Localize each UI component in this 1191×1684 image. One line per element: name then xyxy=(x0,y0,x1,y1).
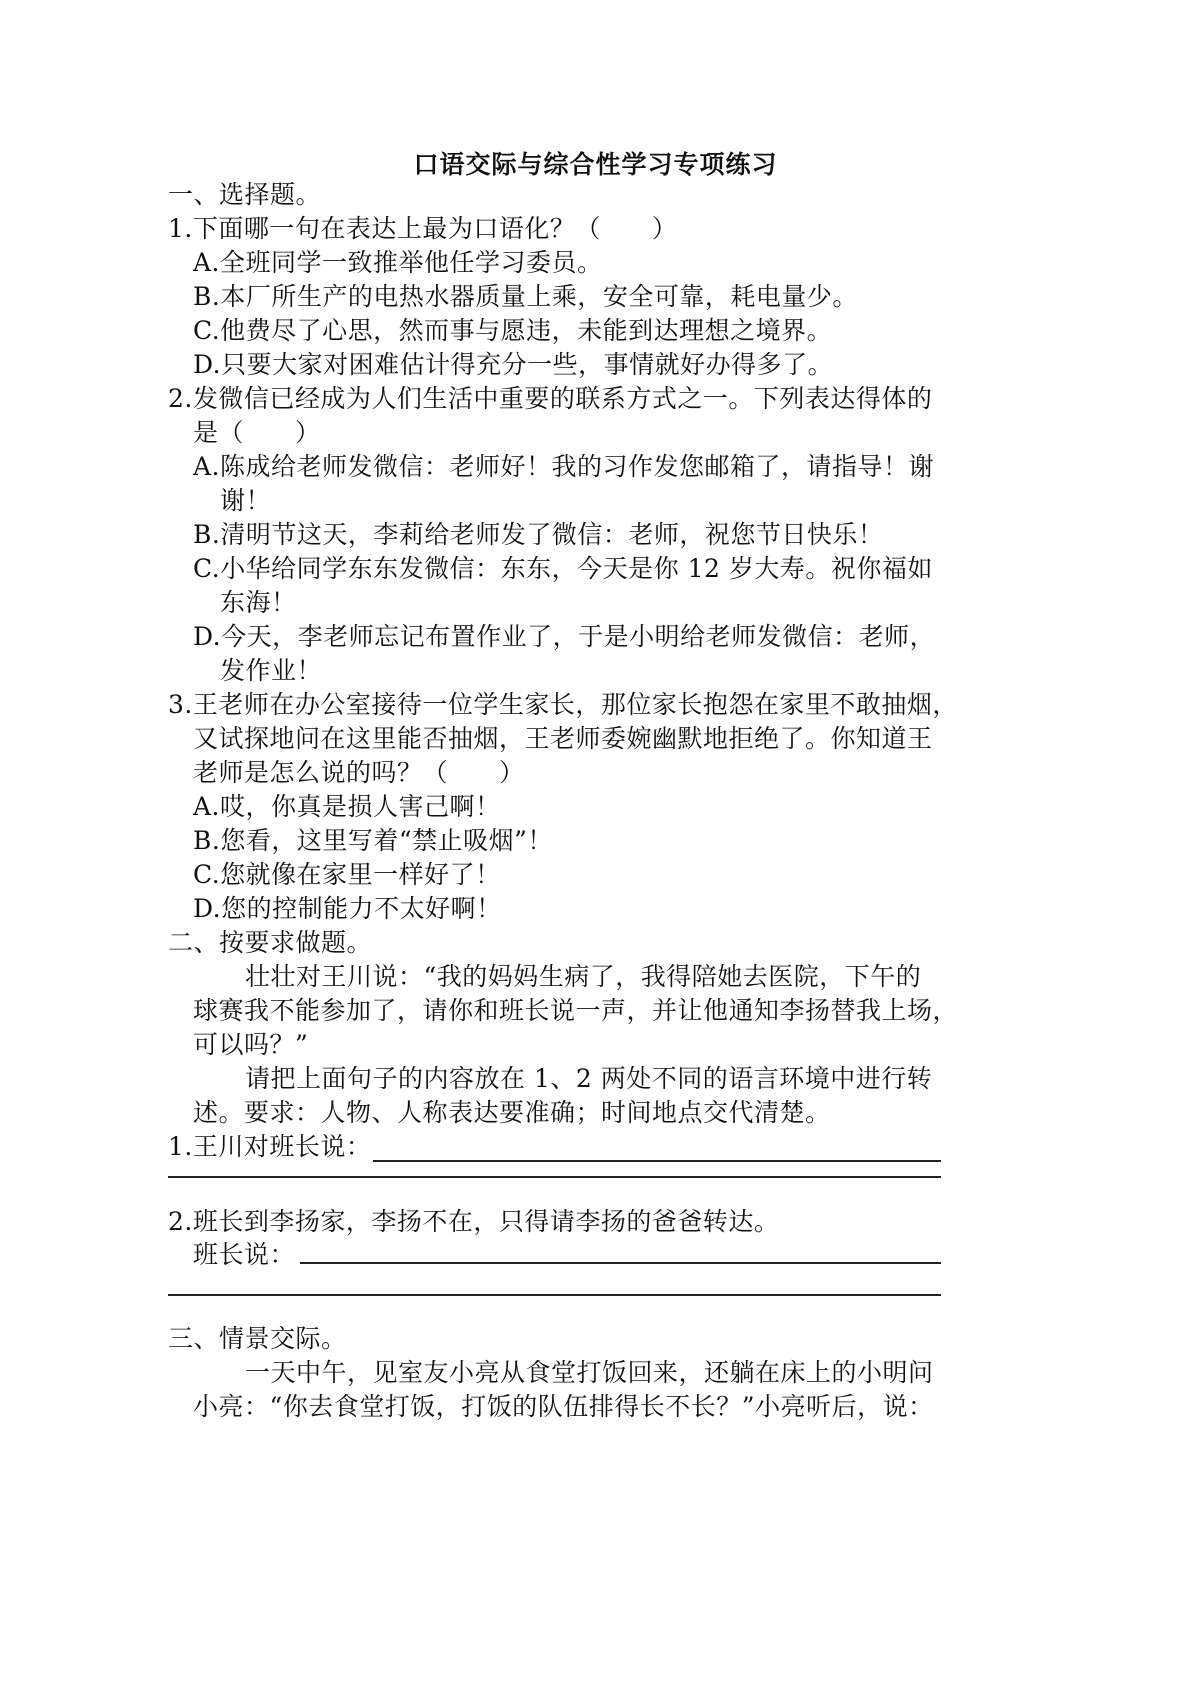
question-3-option-a: A.哎，你真是损人害己啊！ xyxy=(193,790,501,824)
question-3-stem-cont-1: 又试探地问在这里能否抽烟，王老师委婉幽默地拒绝了。你知道王 xyxy=(193,722,933,756)
question-1-option-a: A.全班同学一致推举他任学习委员。 xyxy=(193,246,603,280)
question-3-option-b: B.您看，这里写着“禁止吸烟”！ xyxy=(193,824,553,858)
section-heading-scenario: 三、情景交际。 xyxy=(168,1322,347,1356)
question-3-stem-cont-2: 老师是怎么说的吗？（ ） xyxy=(193,756,525,790)
answer-2-blank[interactable] xyxy=(300,1262,941,1264)
scenario-line-2: 小亮：“你去食堂打饭，打饭的队伍排得长不长？”小亮听后，说： xyxy=(193,1390,934,1424)
section-heading-choice: 一、选择题。 xyxy=(168,178,321,212)
answer-1-label: 1.王川对班长说： xyxy=(168,1130,371,1164)
question-2-option-b: B.清明节这天，李莉给老师发了微信：老师，祝您节日快乐！ xyxy=(193,518,883,552)
question-3-option-d: D.您的控制能力不太好啊！ xyxy=(193,892,502,926)
question-3-option-c: C.您就像在家里一样好了！ xyxy=(193,858,501,892)
question-2-option-c: C.小华给同学东东发微信：东东，今天是你 12 岁大寿。祝你福如 xyxy=(193,552,933,586)
question-3-stem: 3.王老师在办公室接待一位学生家长，那位家长抱怨在家里不敢抽烟， xyxy=(168,688,958,722)
passage-line-1: 壮壮对王川说：“我的妈妈生病了，我得陪她去医院，下午的 xyxy=(245,960,921,994)
question-1-option-b: B.本厂所生产的电热水器质量上乘，安全可靠，耗电量少。 xyxy=(193,280,858,314)
answer-2-label: 班长说： xyxy=(193,1238,295,1272)
question-1-stem: 1.下面哪一句在表达上最为口语化？（ ） xyxy=(168,212,677,246)
question-2-option-c-cont: 东海！ xyxy=(220,586,297,620)
question-1-option-d: D.只要大家对困难估计得充分一些，事情就好办得多了。 xyxy=(193,348,833,382)
question-2-option-d-cont: 发作业！ xyxy=(220,654,322,688)
passage-line-2: 球赛我不能参加了，请你和班长说一声，并让他通知李扬替我上场， xyxy=(193,994,958,1028)
question-2-stem-cont: 是（ ） xyxy=(193,416,321,450)
question-2-stem: 2.发微信已经成为人们生活中重要的联系方式之一。下列表达得体的 xyxy=(168,382,932,416)
question-1-option-c: C.他费尽了心思，然而事与愿违，未能到达理想之境界。 xyxy=(193,314,832,348)
answer-2-blank-line-2[interactable] xyxy=(168,1294,941,1296)
passage-line-3: 可以吗？” xyxy=(193,1028,308,1062)
scenario-line-1: 一天中午，见室友小亮从食堂打饭回来，还躺在床上的小明问 xyxy=(245,1356,934,1390)
instruction-line-2: 述。要求：人物、人称表达要准确；时间地点交代清楚。 xyxy=(193,1096,831,1130)
answer-1-blank-line-2[interactable] xyxy=(168,1176,941,1178)
instruction-line-1: 请把上面句子的内容放在 1、2 两处不同的语言环境中进行转 xyxy=(245,1062,932,1096)
answer-1-blank[interactable] xyxy=(373,1160,941,1162)
worksheet-page: 口语交际与综合性学习专项练习 一、选择题。 1.下面哪一句在表达上最为口语化？（… xyxy=(0,0,1191,1684)
section-heading-tasks: 二、按要求做题。 xyxy=(168,926,372,960)
page-title: 口语交际与综合性学习专项练习 xyxy=(0,145,1191,181)
question-2-option-a-cont: 谢！ xyxy=(220,484,271,518)
answer-2-context: 2.班长到李扬家，李扬不在，只得请李扬的爸爸转达。 xyxy=(168,1205,779,1239)
question-2-option-d: D.今天，李老师忘记布置作业了，于是小明给老师发微信：老师， xyxy=(193,620,935,654)
question-2-option-a: A.陈成给老师发微信：老师好！我的习作发您邮箱了，请指导！谢 xyxy=(193,450,934,484)
